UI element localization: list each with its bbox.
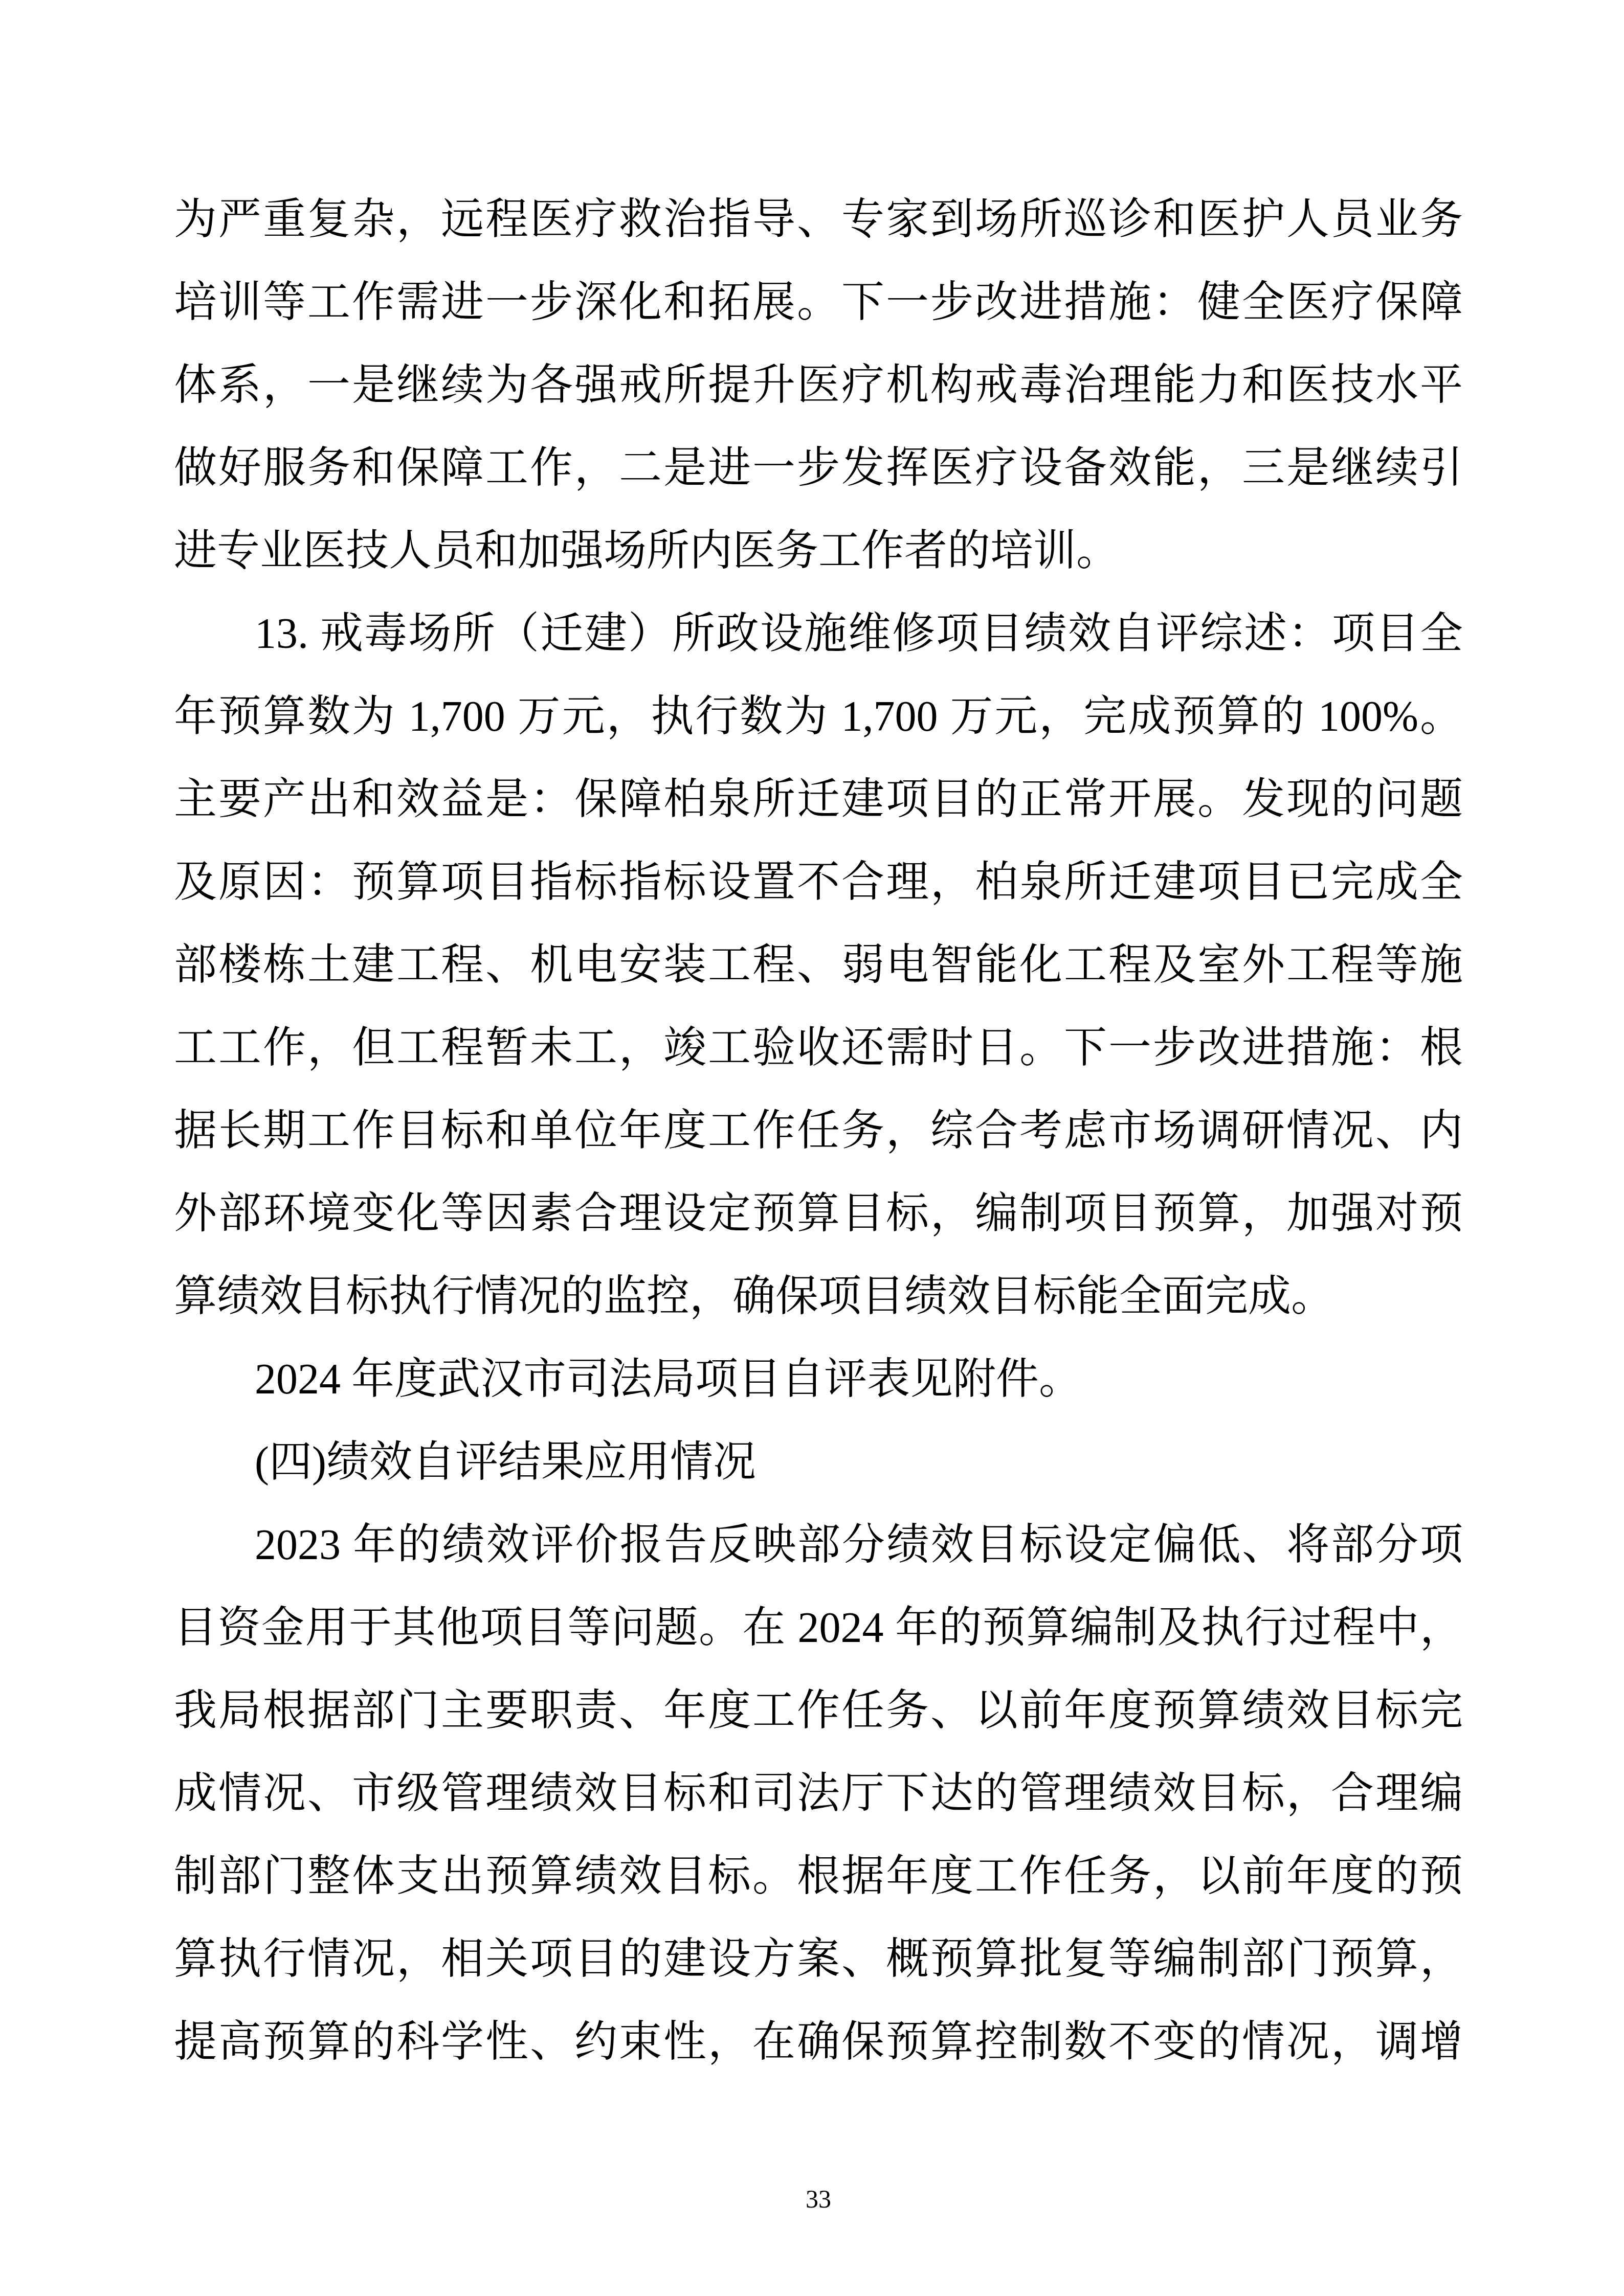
text-line: 据长期工作目标和单位年度工作任务，综合考虑市场调研情况、内 bbox=[174, 1090, 1463, 1173]
text-line: 2024 年度武汉市司法局项目自评表见附件。 bbox=[174, 1338, 1463, 1421]
text-line: 工工作，但工程暂未工，竣工验收还需时日。下一步改进措施：根 bbox=[174, 1007, 1463, 1090]
text-line: 年预算数为 1,700 万元，执行数为 1,700 万元，完成预算的 100%。 bbox=[174, 676, 1463, 758]
text-line: 算绩效目标执行情况的监控，确保项目绩效目标能全面完成。 bbox=[174, 1255, 1463, 1338]
text-line: 我局根据部门主要职责、年度工作任务、以前年度预算绩效目标完 bbox=[174, 1670, 1463, 1752]
text-line: 算执行情况，相关项目的建设方案、概预算批复等编制部门预算， bbox=[174, 1918, 1463, 2001]
text-line: 做好服务和保障工作，二是进一步发挥医疗设备效能，三是继续引 bbox=[174, 427, 1463, 510]
text-line: 提高预算的科学性、约束性，在确保预算控制数不变的情况，调增 bbox=[174, 2001, 1463, 2084]
paragraph: 2023 年的绩效评价报告反映部分绩效目标设定偏低、将部分项目资金用于其他项目等… bbox=[174, 1504, 1463, 2084]
text-line: 为严重复杂，远程医疗救治指导、专家到场所巡诊和医护人员业务 bbox=[174, 178, 1463, 261]
paragraph: 为严重复杂，远程医疗救治指导、专家到场所巡诊和医护人员业务培训等工作需进一步深化… bbox=[174, 178, 1463, 593]
text-line: 部楼栋土建工程、机电安装工程、弱电智能化工程及室外工程等施 bbox=[174, 924, 1463, 1007]
text-line: 目资金用于其他项目等问题。在 2024 年的预算编制及执行过程中， bbox=[174, 1587, 1463, 1670]
text-line: 培训等工作需进一步深化和拓展。下一步改进措施：健全医疗保障 bbox=[174, 261, 1463, 344]
text-line: 主要产出和效益是：保障柏泉所迁建项目的正常开展。发现的问题 bbox=[174, 758, 1463, 841]
text-line: 外部环境变化等因素合理设定预算目标，编制项目预算，加强对预 bbox=[174, 1173, 1463, 1255]
page-number: 33 bbox=[174, 2174, 1463, 2223]
paragraph: 2024 年度武汉市司法局项目自评表见附件。 bbox=[174, 1338, 1463, 1421]
section-heading: (四)绩效自评结果应用情况 bbox=[174, 1421, 1463, 1504]
paragraph: 13. 戒毒场所（迁建）所政设施维修项目绩效自评综述：项目全年预算数为 1,70… bbox=[174, 593, 1463, 1338]
body-text: 为严重复杂，远程医疗救治指导、专家到场所巡诊和医护人员业务培训等工作需进一步深化… bbox=[174, 178, 1463, 2084]
text-line: 13. 戒毒场所（迁建）所政设施维修项目绩效自评综述：项目全 bbox=[174, 593, 1463, 676]
text-line: 成情况、市级管理绩效目标和司法厅下达的管理绩效目标，合理编 bbox=[174, 1752, 1463, 1835]
text-line: 体系，一是继续为各强戒所提升医疗机构戒毒治理能力和医技水平 bbox=[174, 344, 1463, 427]
document-page: 为严重复杂，远程医疗救治指导、专家到场所巡诊和医护人员业务培训等工作需进一步深化… bbox=[0, 0, 1624, 2296]
text-line: 进专业医技人员和加强场所内医务工作者的培训。 bbox=[174, 510, 1463, 593]
text-line: 制部门整体支出预算绩效目标。根据年度工作任务，以前年度的预 bbox=[174, 1835, 1463, 1918]
text-line: 2023 年的绩效评价报告反映部分绩效目标设定偏低、将部分项 bbox=[174, 1504, 1463, 1587]
section-heading-paragraph: (四)绩效自评结果应用情况 bbox=[174, 1421, 1463, 1504]
text-line: 及原因：预算项目指标指标设置不合理，柏泉所迁建项目已完成全 bbox=[174, 841, 1463, 924]
